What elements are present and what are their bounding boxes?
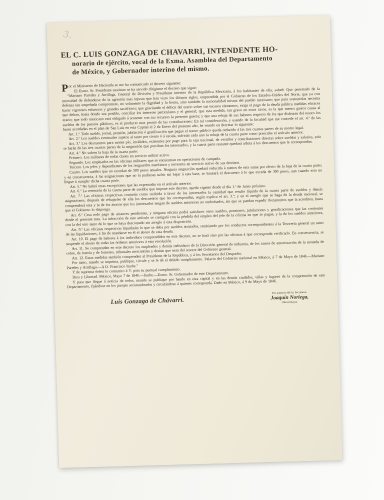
document-body: Por el Ministerio de Hacienda se me ha c… bbox=[62, 77, 327, 325]
document-title: EL C. LUIS GONZAGA DE CHAVARRI, INTENDEN… bbox=[61, 43, 320, 77]
paragraph-list: El Exmo. Sr. Presidente sustituto se ha … bbox=[62, 82, 325, 290]
signature-row: Luis Gonzaga de Chávarri. Por ausencia d… bbox=[68, 290, 327, 325]
secretary-block: Por ausencia del Sr. Secretario, Joaquín… bbox=[271, 291, 309, 305]
photo-backdrop: { "colors": { "paper": "#efe9da", "ink":… bbox=[0, 0, 384, 500]
document-paper: 3. EL C. LUIS GONZAGA DE CHAVARRI, INTEN… bbox=[47, 15, 342, 468]
governor-signature: Luis Gonzaga de Chávarri. bbox=[111, 296, 185, 306]
document-content: EL C. LUIS GONZAGA DE CHAVARRI, INTENDEN… bbox=[60, 15, 326, 325]
